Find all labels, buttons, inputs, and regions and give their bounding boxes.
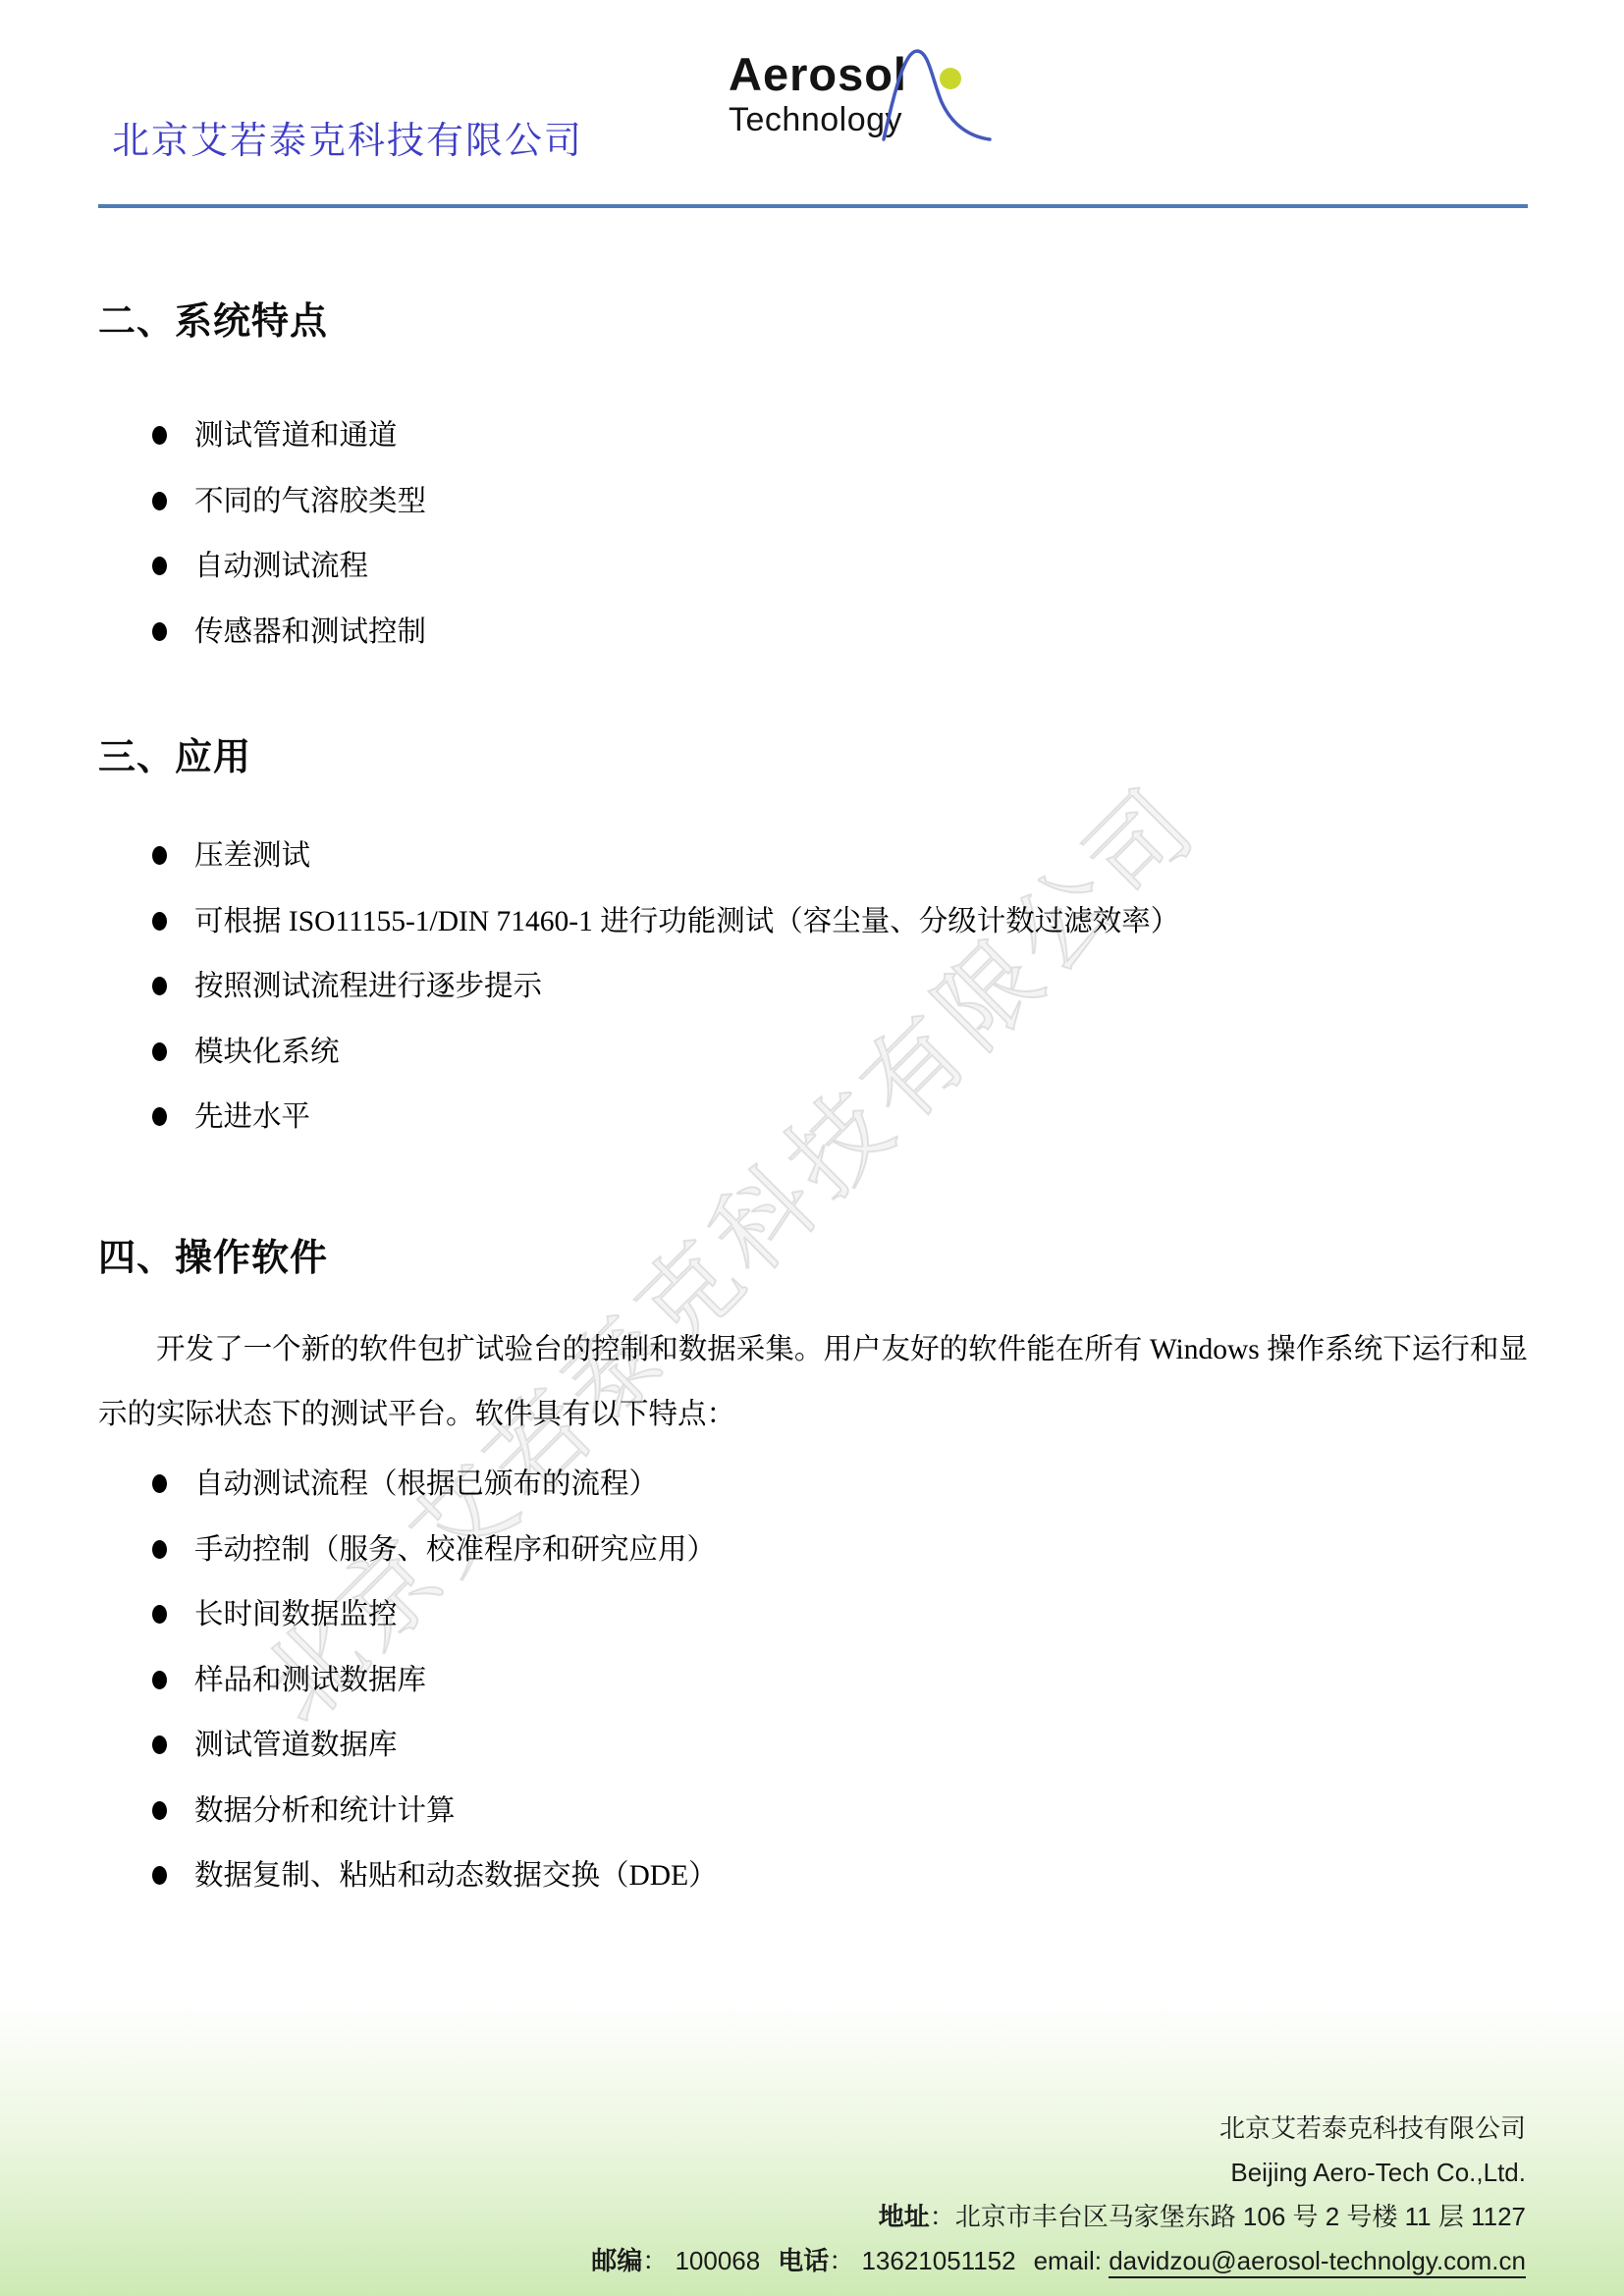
email-label: email: xyxy=(1034,2246,1102,2275)
zip-label: 邮编 xyxy=(591,2246,642,2275)
bullet-icon xyxy=(152,1540,167,1559)
list-item-text: 按照测试流程进行逐步提示 xyxy=(194,967,542,1006)
list-item-text: 测试管道数据库 xyxy=(194,1726,398,1765)
bullet-icon xyxy=(152,557,167,575)
footer: 北京艾若泰克科技有限公司 Beijing Aero-Tech Co.,Ltd. … xyxy=(591,2107,1526,2283)
list-item-text: 测试管道和通道 xyxy=(194,416,398,455)
address-label: 地址 xyxy=(879,2202,930,2231)
address-value: ：北京市丰台区马家堡东路 106 号 2 号楼 11 层 1127 xyxy=(930,2202,1526,2231)
tel-label: 电话 xyxy=(778,2246,829,2275)
list-item-text: 自动测试流程 xyxy=(194,547,368,586)
bullet-icon xyxy=(152,492,167,510)
list-item: 自动测试流程（根据已颁布的流程） xyxy=(152,1465,718,1504)
bullet-icon xyxy=(152,846,167,865)
list-item-text: 数据复制、粘贴和动态数据交换（DDE） xyxy=(194,1856,718,1896)
list-item: 数据分析和统计计算 xyxy=(152,1791,718,1831)
aerosol-distribution-curve-icon xyxy=(880,45,994,141)
list-item-text: 手动控制（服务、校准程序和研究应用） xyxy=(194,1530,716,1570)
email-link[interactable]: davidzou@aerosol-technolgy.com.cn xyxy=(1109,2246,1526,2278)
zip-value: ： 100068 xyxy=(642,2246,760,2275)
bullet-icon xyxy=(152,1735,167,1754)
section-heading-system-features: 二、系统特点 xyxy=(98,291,328,345)
bullet-icon xyxy=(152,1474,167,1493)
bullet-icon xyxy=(152,1605,167,1624)
list-item: 长时间数据监控 xyxy=(152,1595,718,1634)
list-item-text: 可根据 ISO11155-1/DIN 71460-1 进行功能测试（容尘量、分级… xyxy=(194,902,1179,941)
bullet-icon xyxy=(152,1042,167,1061)
footer-address-line: 地址：北京市丰台区马家堡东路 106 号 2 号楼 11 层 1127 xyxy=(591,2195,1526,2239)
header-divider-rule xyxy=(98,204,1528,208)
section-heading-applications: 三、应用 xyxy=(98,726,251,780)
list-item: 不同的气溶胶类型 xyxy=(152,482,426,521)
list-item-text: 自动测试流程（根据已颁布的流程） xyxy=(194,1465,658,1504)
page-content: 北京艾若泰克科技有限公司 Aerosol Technology 二、系统特点 测… xyxy=(0,0,1624,2296)
list-item: 数据复制、粘贴和动态数据交换（DDE） xyxy=(152,1856,718,1896)
list-item: 测试管道数据库 xyxy=(152,1726,718,1765)
header-company-name: 北京艾若泰克科技有限公司 xyxy=(112,110,583,164)
list-item-text: 压差测试 xyxy=(194,836,310,876)
footer-contact-line: 邮编： 100068电话： 13621051152email: davidzou… xyxy=(591,2239,1526,2283)
applications-list: 压差测试 可根据 ISO11155-1/DIN 71460-1 进行功能测试（容… xyxy=(152,836,1179,1163)
footer-company-en: Beijing Aero-Tech Co.,Ltd. xyxy=(591,2151,1526,2195)
list-item: 按照测试流程进行逐步提示 xyxy=(152,967,1179,1006)
section-heading-operating-software: 四、操作软件 xyxy=(98,1227,328,1281)
list-item-text: 传感器和测试控制 xyxy=(194,613,426,652)
list-item: 手动控制（服务、校准程序和研究应用） xyxy=(152,1530,718,1570)
list-item-text: 样品和测试数据库 xyxy=(194,1661,426,1700)
list-item: 传感器和测试控制 xyxy=(152,613,426,652)
list-item-text: 先进水平 xyxy=(194,1097,310,1137)
list-item: 先进水平 xyxy=(152,1097,1179,1137)
bullet-icon xyxy=(152,1866,167,1885)
list-item: 自动测试流程 xyxy=(152,547,426,586)
list-item: 测试管道和通道 xyxy=(152,416,426,455)
list-item: 可根据 ISO11155-1/DIN 71460-1 进行功能测试（容尘量、分级… xyxy=(152,902,1179,941)
bullet-icon xyxy=(152,622,167,641)
software-intro-paragraph: 开发了一个新的软件包扩试验台的控制和数据采集。用户友好的软件能在所有 Windo… xyxy=(98,1317,1528,1447)
document-page: 北京艾若泰克科技有限公司 北京艾若泰克科技有限公司 Aerosol Techno… xyxy=(0,0,1624,2296)
list-item-text: 长时间数据监控 xyxy=(194,1595,398,1634)
list-item-text: 模块化系统 xyxy=(194,1033,340,1072)
list-item: 压差测试 xyxy=(152,836,1179,876)
bullet-icon xyxy=(152,1671,167,1689)
bullet-icon xyxy=(152,977,167,995)
software-features-list: 自动测试流程（根据已颁布的流程） 手动控制（服务、校准程序和研究应用） 长时间数… xyxy=(152,1465,718,1922)
system-features-list: 测试管道和通道 不同的气溶胶类型 自动测试流程 传感器和测试控制 xyxy=(152,416,426,677)
list-item-text: 数据分析和统计计算 xyxy=(194,1791,456,1831)
bullet-icon xyxy=(152,1801,167,1820)
bullet-icon xyxy=(152,912,167,931)
bullet-icon xyxy=(152,426,167,445)
list-item: 模块化系统 xyxy=(152,1033,1179,1072)
list-item: 样品和测试数据库 xyxy=(152,1661,718,1700)
list-item-text: 不同的气溶胶类型 xyxy=(194,482,426,521)
footer-company-cn: 北京艾若泰克科技有限公司 xyxy=(591,2107,1526,2151)
logo-dot-icon xyxy=(940,68,961,89)
tel-value: ： 13621051152 xyxy=(829,2246,1015,2275)
bullet-icon xyxy=(152,1107,167,1126)
